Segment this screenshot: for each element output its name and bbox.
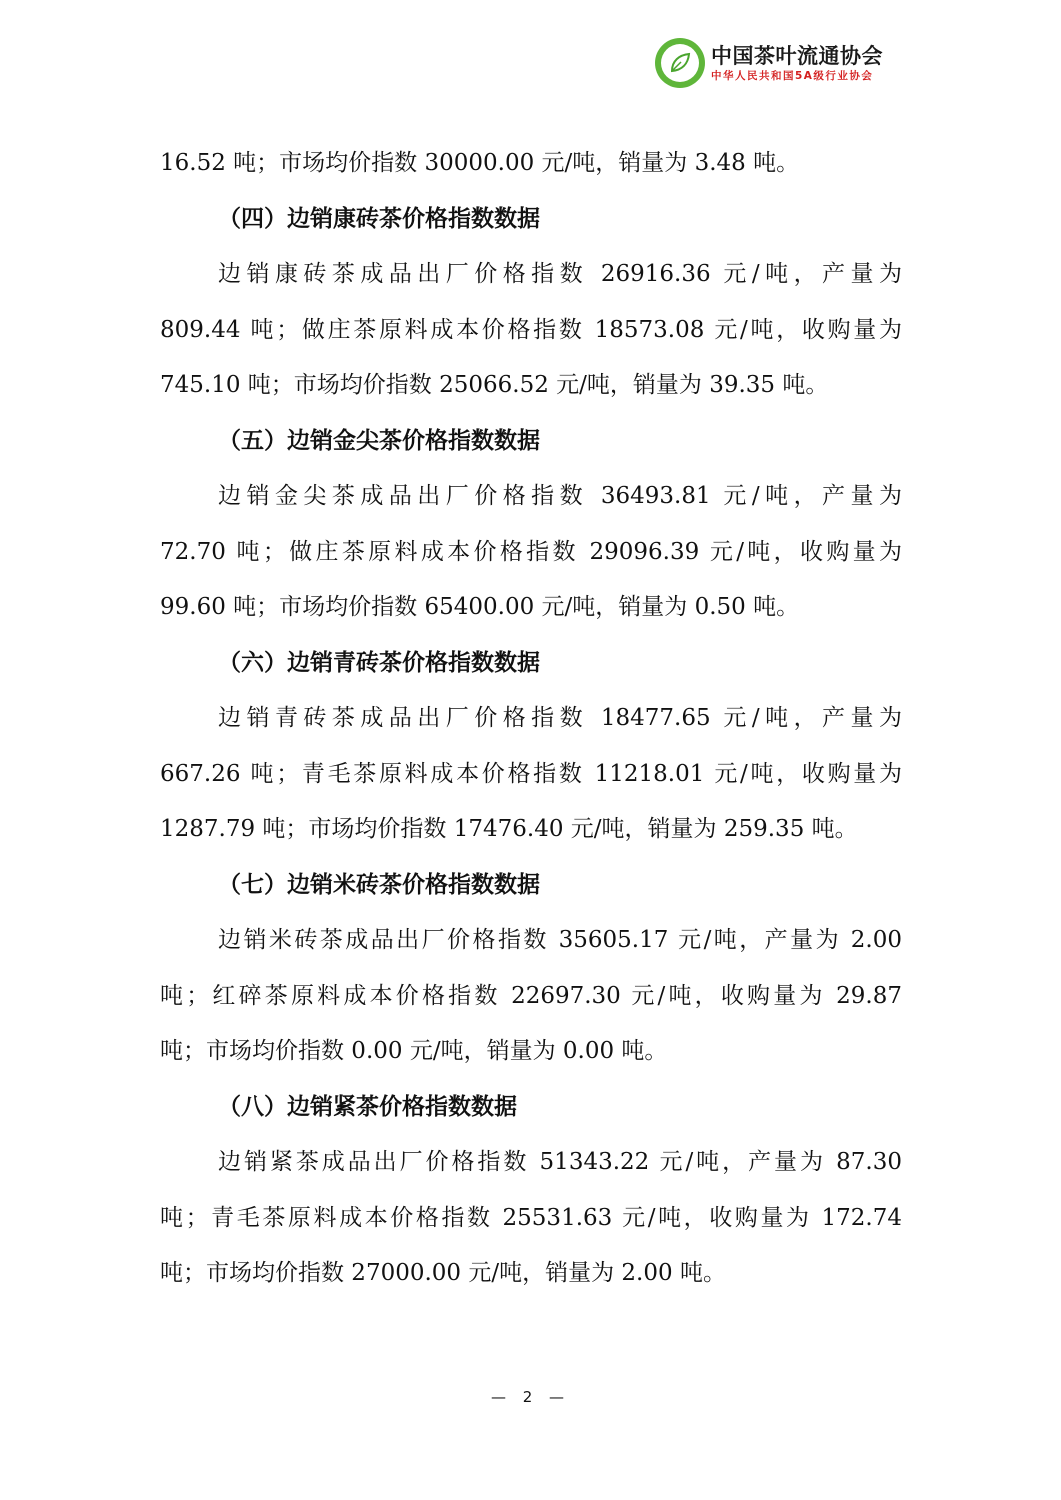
paragraph-line: 745.10 吨；市场均价指数 25066.52 元/吨，销量为 39.35 吨… [160, 358, 902, 414]
association-logo: 中国茶叶流通协会 中华人民共和国5A级行业协会 [655, 38, 883, 88]
paragraph-line: 72.70 吨；做庄茶原料成本价格指数 29096.39 元/吨，收购量为 [160, 525, 902, 581]
paragraph-line: 809.44 吨；做庄茶原料成本价格指数 18573.08 元/吨，收购量为 [160, 303, 902, 359]
logo-subtitle: 中华人民共和国5A级行业协会 [711, 69, 883, 83]
paragraph-line: 边销青砖茶成品出厂价格指数 18477.65 元/吨，产量为 [160, 691, 902, 747]
paragraph-line: 667.26 吨；青毛茶原料成本价格指数 11218.01 元/吨，收购量为 [160, 747, 902, 803]
paragraph-line: 吨；红碎茶原料成本价格指数 22697.30 元/吨，收购量为 29.87 [160, 969, 902, 1025]
paragraph-line: 边销紧茶成品出厂价格指数 51343.22 元/吨，产量为 87.30 [160, 1135, 902, 1191]
paragraph-line: 1287.79 吨；市场均价指数 17476.40 元/吨，销量为 259.35… [160, 802, 902, 858]
document-body: 16.52 吨；市场均价指数 30000.00 元/吨，销量为 3.48 吨。 … [160, 136, 902, 1302]
paragraph-line: 吨；市场均价指数 0.00 元/吨，销量为 0.00 吨。 [160, 1024, 902, 1080]
page-number: — 2 — [0, 1388, 1061, 1406]
paragraph-line: 99.60 吨；市场均价指数 65400.00 元/吨，销量为 0.50 吨。 [160, 580, 902, 636]
paragraph-line: 边销金尖茶成品出厂价格指数 36493.81 元/吨，产量为 [160, 469, 902, 525]
paragraph-line: 边销米砖茶成品出厂价格指数 35605.17 元/吨，产量为 2.00 [160, 913, 902, 969]
paragraph-line: 吨；市场均价指数 27000.00 元/吨，销量为 2.00 吨。 [160, 1246, 902, 1302]
section-heading-8: （八）边销紧茶价格指数数据 [160, 1080, 902, 1136]
paragraph-line: 16.52 吨；市场均价指数 30000.00 元/吨，销量为 3.48 吨。 [160, 136, 902, 192]
leaf-emblem-icon [655, 38, 705, 88]
section-heading-7: （七）边销米砖茶价格指数数据 [160, 858, 902, 914]
leaf-icon [667, 50, 693, 76]
paragraph-line: 吨；青毛茶原料成本价格指数 25531.63 元/吨，收购量为 172.74 [160, 1191, 902, 1247]
section-heading-6: （六）边销青砖茶价格指数数据 [160, 636, 902, 692]
paragraph-line: 边销康砖茶成品出厂价格指数 26916.36 元/吨，产量为 [160, 247, 902, 303]
section-heading-5: （五）边销金尖茶价格指数数据 [160, 414, 902, 470]
logo-title: 中国茶叶流通协会 [711, 43, 883, 69]
section-heading-4: （四）边销康砖茶价格指数数据 [160, 192, 902, 248]
